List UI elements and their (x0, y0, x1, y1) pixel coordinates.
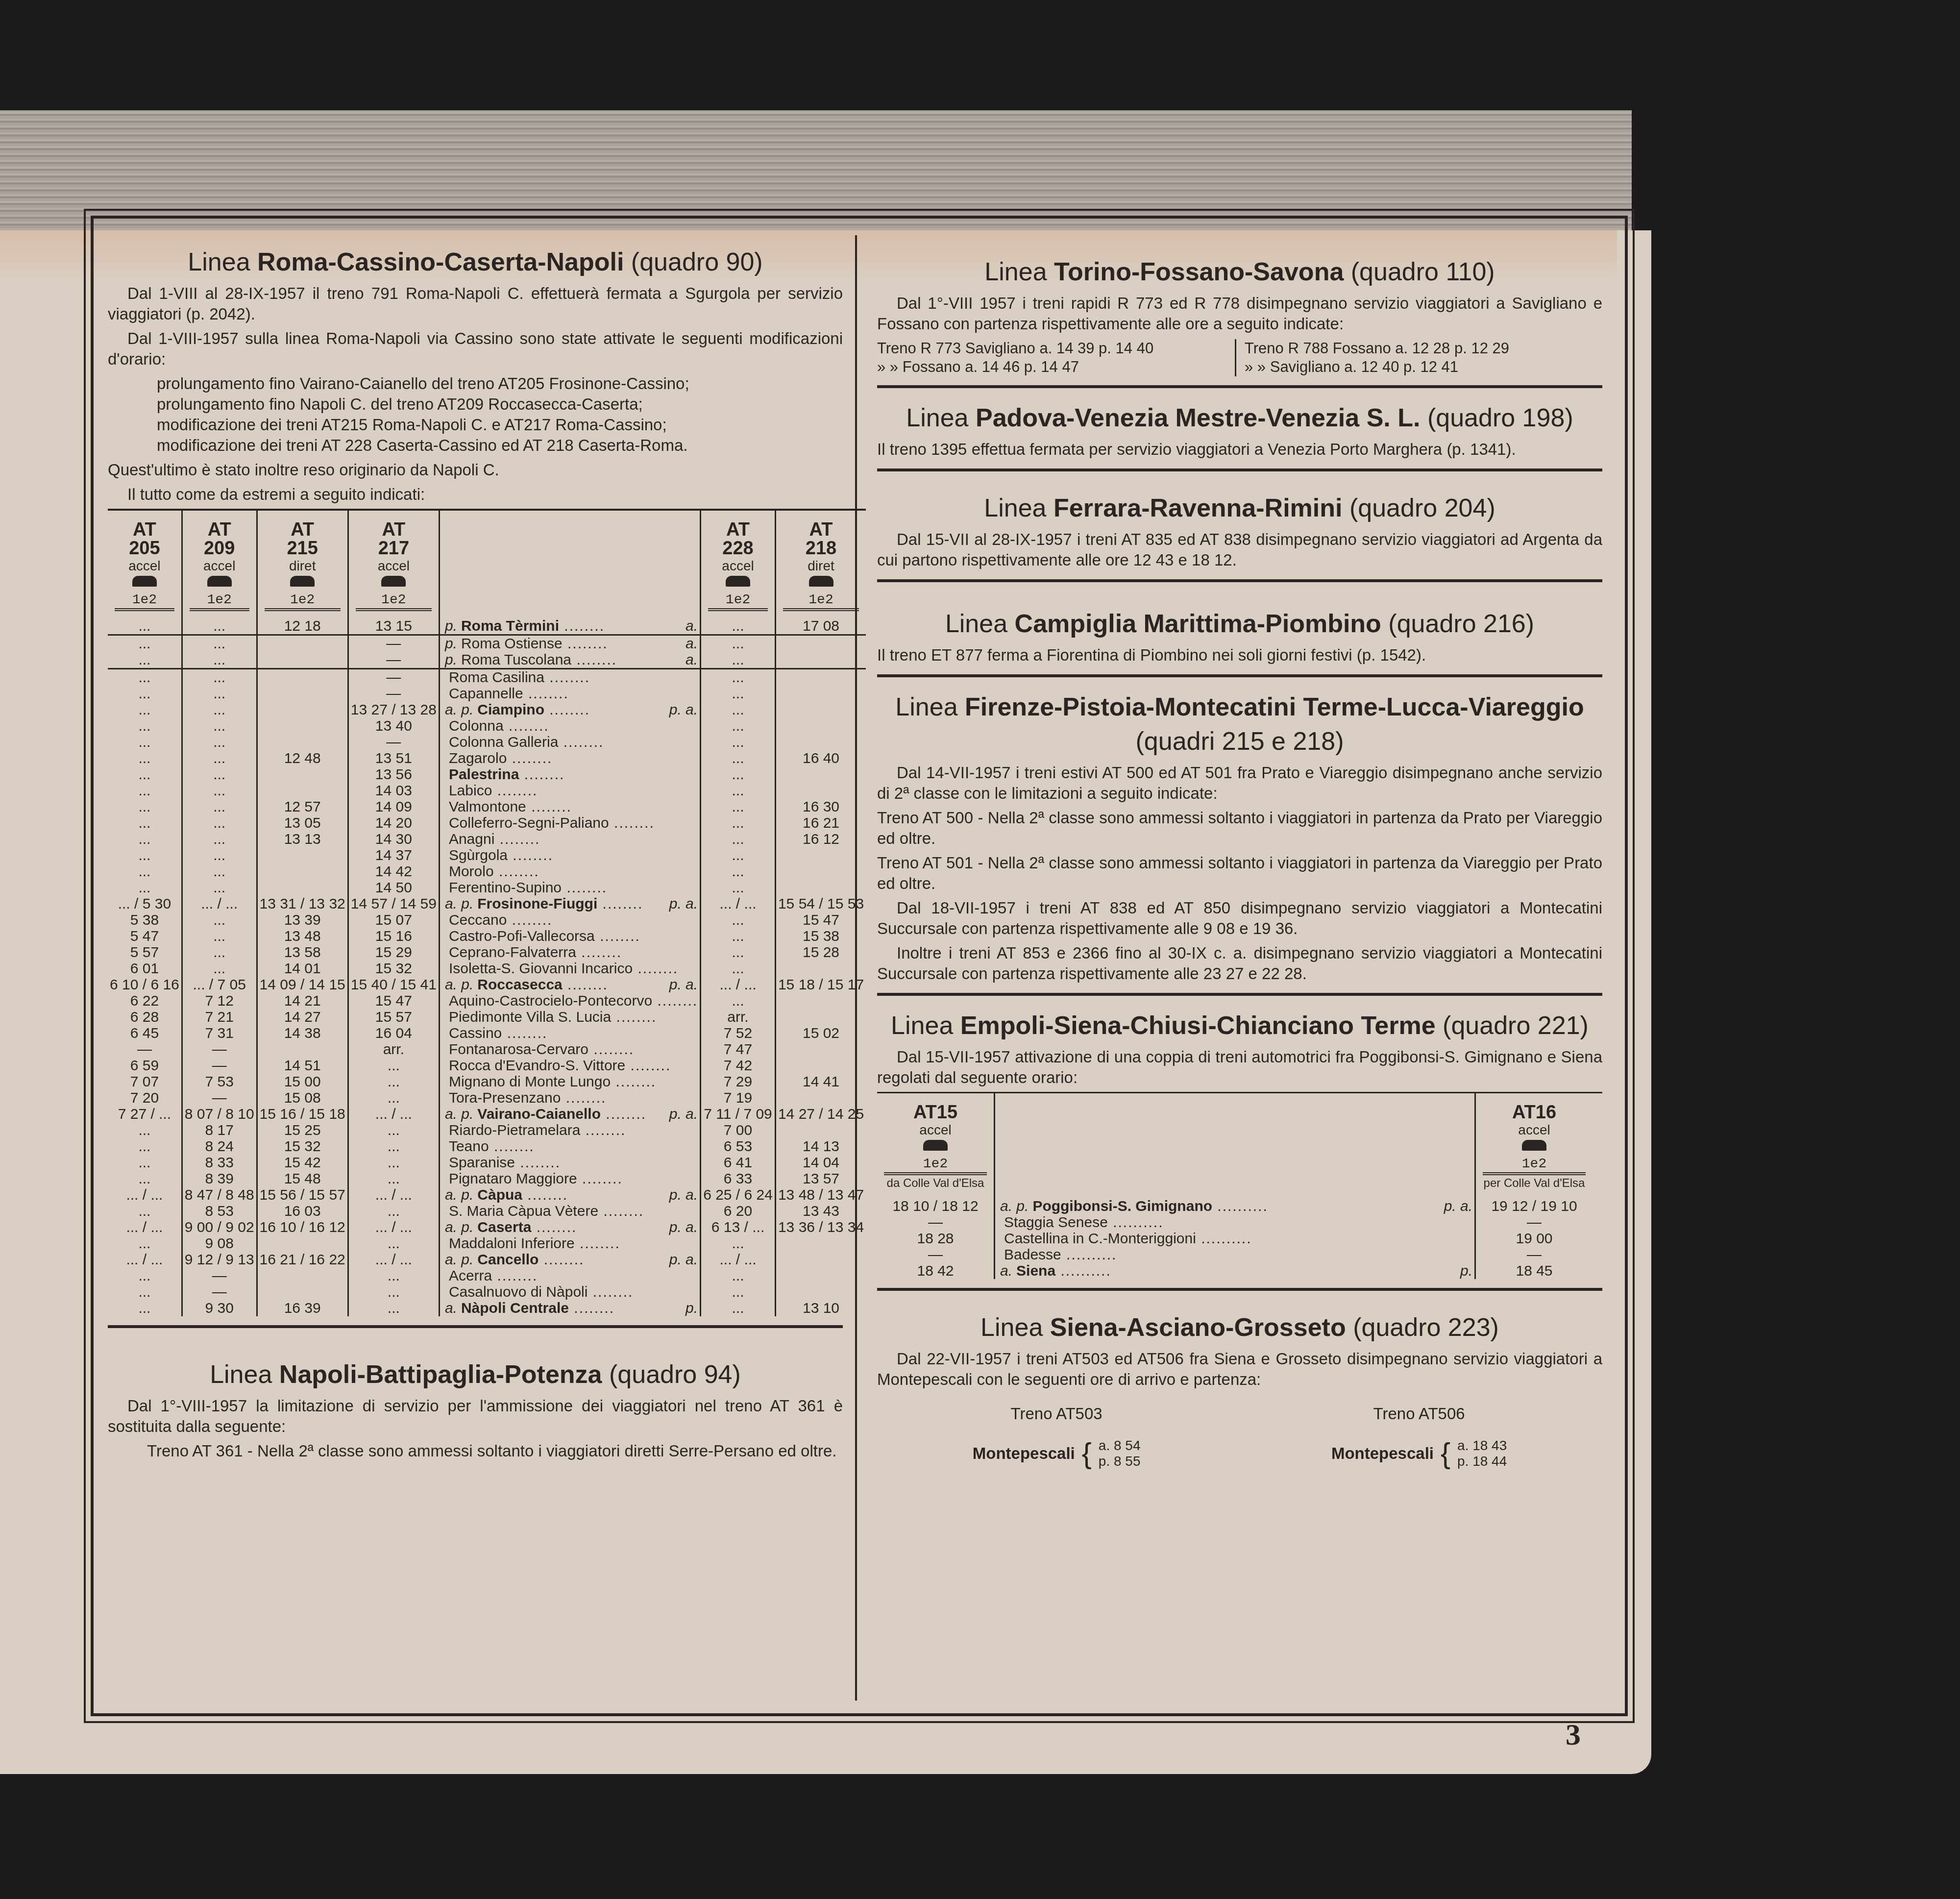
title-prefix: Linea (891, 1011, 953, 1040)
time-cell: 13 51 (348, 750, 439, 766)
railcar-icon (809, 576, 833, 587)
leader-dots: ........ (569, 1300, 614, 1316)
leader-dots: ........ (507, 912, 552, 928)
arrive-depart-mark: p. a. (669, 1252, 698, 1268)
arrive-depart-mark: p. (686, 1300, 698, 1316)
table-row: ......12 4813 51Zagarolo ...........16 4… (108, 750, 866, 766)
paragraph: Dal 1-VIII al 28-IX-1957 il treno 791 Ro… (108, 283, 843, 324)
time-row: » » Fossano a. 14 46 p. 14 47 (877, 358, 1235, 376)
time-cell: 15 47 (775, 912, 866, 928)
station-name: Nàpoli Centrale (461, 1300, 569, 1316)
time-cell: ... (108, 1138, 182, 1155)
arrive-depart-mark: a. (686, 618, 698, 634)
table-row: 5 38...13 3915 07Ceccano ...........15 4… (108, 912, 866, 928)
time-cell: ... (108, 1300, 182, 1316)
station-cell: Labico ........ (439, 783, 700, 799)
title-prefix: Linea (945, 610, 1007, 638)
time-cell: ... (182, 669, 257, 686)
time-cell: 16 30 (775, 799, 866, 815)
leader-dots: ........ (577, 1171, 623, 1187)
station-cell: Staggia Senese .......... (995, 1214, 1475, 1231)
table-row: ...—...Casalnuovo di Nàpoli ........... (108, 1284, 866, 1300)
leader-dots: ........ (544, 669, 590, 686)
time-cell: 7 20 (108, 1090, 182, 1106)
leader-dots: ........ (601, 1106, 646, 1122)
title-prefix: Linea (906, 404, 968, 432)
station-name: Ceprano-Falvaterra (449, 944, 576, 961)
train-prefix: AT (351, 520, 437, 539)
time-cell: ... (701, 880, 776, 896)
station-name: Staggia Senese (1004, 1214, 1108, 1231)
station-name: Colonna (449, 718, 504, 734)
station-name: Cassino (449, 1025, 502, 1041)
time-cell: 14 42 (348, 863, 439, 880)
line-name: Siena-Asciano-Grosseto (1050, 1313, 1346, 1342)
table-row: 6 10 / 6 16... / 7 0514 09 / 14 1515 40 … (108, 977, 866, 993)
brace-icon: { (1441, 1444, 1450, 1463)
station-cell: Fontanarosa-Cervaro ........ (439, 1041, 700, 1058)
time-cell: ... (182, 799, 257, 815)
time-cell: ... (182, 783, 257, 799)
time-cell: — (1475, 1214, 1593, 1231)
time-cell: ... (701, 799, 776, 815)
time-cell (775, 961, 866, 977)
section-title: Linea Campiglia Marittima-Piombino (quad… (877, 607, 1602, 641)
time-cell: ... (108, 669, 182, 686)
time-cell: ... (182, 831, 257, 847)
table-row: ... / 5 30... / ...13 31 / 13 3214 57 / … (108, 896, 866, 912)
station-cell: Castro-Pofi-Vallecorsa ........ (439, 928, 700, 944)
table-row: 18 42a.Siena ..........p.18 45 (877, 1263, 1592, 1279)
time-cell (775, 1090, 866, 1106)
time-cell: ... (701, 766, 776, 783)
time-cell: ... (108, 734, 182, 750)
time-cell: 14 41 (775, 1074, 866, 1090)
table-row: 6 457 3114 3816 04Cassino ........7 5215… (108, 1025, 866, 1041)
table-row: ......13 56Palestrina ........... (108, 766, 866, 783)
leader-dots: ........ (526, 799, 572, 815)
time-cell: ... (701, 863, 776, 880)
time-cell: ... / ... (108, 1187, 182, 1203)
paragraph: Inoltre i treni AT 853 e 2366 fino al 30… (877, 943, 1602, 984)
time-cell: 13 58 (257, 944, 348, 961)
arrive-depart-mark: a. p. (445, 702, 473, 718)
section-rule (877, 469, 1602, 471)
station-cell: Zagarolo ........ (439, 750, 700, 766)
time-cell: 15 32 (257, 1138, 348, 1155)
paragraph: Quest'ultimo è stato inoltre reso origin… (108, 460, 843, 480)
time-cell: 7 11 / 7 09 (701, 1106, 776, 1122)
section-title: Linea Empoli-Siena-Chiusi-Chianciano Ter… (877, 1009, 1602, 1043)
station-name: Ferentino-Supino (449, 880, 562, 896)
time-cell (257, 635, 348, 652)
time-cell: 7 31 (182, 1025, 257, 1041)
table-row: ... / ...8 47 / 8 4815 56 / 15 57... / .… (108, 1187, 866, 1203)
leader-dots: ........ (588, 1284, 633, 1300)
time-cell: 16 03 (257, 1203, 348, 1219)
train-class: 1e2 (190, 592, 249, 611)
brace-icon: { (1082, 1444, 1092, 1463)
time-cell: ... / ... (348, 1106, 439, 1122)
station-cell: Piedimonte Villa S. Lucia ........ (439, 1009, 700, 1025)
time-cell: 13 05 (257, 815, 348, 831)
station-cell: Maddaloni Inferiore ........ (439, 1235, 700, 1252)
station-cell: Ferentino-Supino ........ (439, 880, 700, 896)
time-cell: 15 38 (775, 928, 866, 944)
station-name: Poggibonsi-S. Gimignano (1032, 1198, 1212, 1214)
station-name: Palestrina (449, 766, 519, 783)
paragraph: Dal 1°-VIII-1957 la limitazione di servi… (108, 1396, 843, 1437)
arrive-depart-mark: a. p. (445, 896, 473, 912)
train-type: diret (778, 558, 864, 574)
time-cell: 6 45 (108, 1025, 182, 1041)
paragraph: Treno AT 501 - Nella 2ª classe sono amme… (877, 853, 1602, 894)
section-rule (877, 993, 1602, 996)
table-row: ...9 08...Maddaloni Inferiore ..........… (108, 1235, 866, 1252)
leader-dots: ........ (597, 896, 643, 912)
train-class: 1e2 (783, 592, 859, 611)
train-class: 1e2 (115, 592, 174, 611)
time-cell: ... (108, 1122, 182, 1138)
table-row: ... / ...9 12 / 9 1316 21 / 16 22... / .… (108, 1252, 866, 1268)
table-row: ......—p.Roma Ostiense ........a.... (108, 635, 866, 652)
time-cell: ... (108, 718, 182, 734)
station-cell: p.Roma Tuscolana ........a. (439, 652, 700, 669)
paragraph: Dal 18-VII-1957 i treni AT 838 ed AT 850… (877, 898, 1602, 939)
station-cell: Valmontone ........ (439, 799, 700, 815)
leader-dots: ........ (633, 961, 678, 977)
leader-dots: ........ (539, 1252, 584, 1268)
time-cell: ... / ... (701, 1252, 776, 1268)
time-cell: 18 42 (877, 1263, 995, 1279)
quadro-ref: (quadro 204) (1349, 494, 1495, 522)
time-cell: 15 42 (257, 1155, 348, 1171)
time-cell: — (877, 1247, 995, 1263)
section-campiglia-piombino: Linea Campiglia Marittima-Piombino (quad… (877, 607, 1602, 677)
leader-dots: ........ (492, 1268, 538, 1284)
train-number: AT15 (879, 1103, 992, 1122)
station-name: Sparanise (449, 1155, 515, 1171)
time-cell: 6 13 / ... (701, 1219, 776, 1235)
time-cell: 12 18 (257, 618, 348, 635)
divider (1235, 339, 1245, 376)
time-cell: — (348, 686, 439, 702)
time-cell (257, 880, 348, 896)
leader-dots: ........ (559, 618, 605, 634)
time-cell: ... (108, 847, 182, 863)
leader-dots: ........ (494, 831, 540, 847)
time-cell: 8 39 (182, 1171, 257, 1187)
time-cell: 14 09 / 14 15 (257, 977, 348, 993)
table-row: 6 227 1214 2115 47Aquino-Castrocielo-Pon… (108, 993, 866, 1009)
station-name: Teano (449, 1138, 489, 1155)
station-cell: a. p.Càpua ........p. a. (439, 1187, 700, 1203)
time-cell: 13 43 (775, 1203, 866, 1219)
quadro-ref: (quadro 94) (609, 1360, 741, 1389)
station-name: Roma Ostiense (461, 636, 563, 652)
paragraph: Dal 14-VII-1957 i treni estivi AT 500 ed… (877, 763, 1602, 804)
table-row: ......—Capannelle ........... (108, 686, 866, 702)
table-row: 5 57...13 5815 29Ceprano-Falvaterra ....… (108, 944, 866, 961)
station-name: Rocca d'Evandro-S. Vittore (449, 1058, 625, 1074)
section-rule (108, 1325, 843, 1328)
paragraph: Dal 22-VII-1957 i treni AT503 ed AT506 f… (877, 1349, 1602, 1390)
leader-dots: ........ (611, 1074, 656, 1090)
time-cell: ... / ... (348, 1187, 439, 1203)
table-row: ......14 37Sgùrgola ........... (108, 847, 866, 863)
train-type: accel (351, 558, 437, 574)
table-row: —Staggia Senese ..........— (877, 1214, 1592, 1231)
station-name: Casalnuovo di Nàpoli (449, 1284, 588, 1300)
railcar-icon (132, 576, 157, 587)
paragraph: Il treno ET 877 ferma a Fiorentina di Pi… (877, 645, 1602, 666)
time-cell: ... / ... (182, 896, 257, 912)
time-cell: 6 28 (108, 1009, 182, 1025)
time-cell (775, 1284, 866, 1300)
train-prefix: AT (778, 520, 864, 539)
quadro-ref: (quadro 110) (1351, 258, 1495, 286)
station-cell: Mignano di Monte Lungo ........ (439, 1074, 700, 1090)
table-row: ......14 42Morolo ........... (108, 863, 866, 880)
leader-dots: ........ (515, 1155, 561, 1171)
table-row: ...8 2415 32...Teano ........6 5314 13 (108, 1138, 866, 1155)
train-header-228: AT228accel1e2 (701, 510, 776, 618)
station-name: Riardo-Pietramelara (449, 1122, 580, 1138)
time-cell: ... (701, 1235, 776, 1252)
time-cell: ... / ... (348, 1219, 439, 1235)
time-cell (775, 880, 866, 896)
table-row: 6 287 2114 2715 57Piedimonte Villa S. Lu… (108, 1009, 866, 1025)
time-cell: ... (108, 1155, 182, 1171)
station-cell: a. p.Cancello ........p. a. (439, 1252, 700, 1268)
table-row: 6 01...14 0115 32Isoletta-S. Giovanni In… (108, 961, 866, 977)
time-cell: 15 02 (775, 1025, 866, 1041)
arrive-depart-mark: a. (445, 1300, 457, 1316)
timetable-roma-napoli: AT205accel1e2AT209accel1e2AT215diret1e2A… (108, 509, 866, 1316)
time-cell: 12 57 (257, 799, 348, 815)
time-cell: ... (701, 669, 776, 686)
section-rule (877, 674, 1602, 677)
station-name: Pignataro Maggiore (449, 1171, 577, 1187)
arrival-time: a. 18 43 (1457, 1438, 1507, 1454)
line-name: Ferrara-Ravenna-Rimini (1053, 494, 1343, 522)
train-prefix: AT (110, 520, 179, 539)
time-cell (257, 669, 348, 686)
time-cell: 13 48 / 13 47 (775, 1187, 866, 1203)
time-cell: 5 57 (108, 944, 182, 961)
section-title: Linea Firenze-Pistoia-Montecatini Terme-… (877, 690, 1602, 759)
paragraph: Il treno 1395 effettua fermata per servi… (877, 439, 1602, 460)
leader-dots: ........ (598, 1203, 644, 1219)
time-cell (775, 635, 866, 652)
section-firenze-viareggio: Linea Firenze-Pistoia-Montecatini Terme-… (877, 690, 1602, 996)
time-cell: 7 52 (701, 1025, 776, 1041)
arrive-depart-mark: p. a. (669, 977, 698, 993)
time-cell: ... (108, 1171, 182, 1187)
leader-dots: ........ (561, 1090, 606, 1106)
station-cell: Casalnuovo di Nàpoli ........ (439, 1284, 700, 1300)
time-cell: 16 04 (348, 1025, 439, 1041)
time-cell: ... (701, 783, 776, 799)
time-cell: 7 19 (701, 1090, 776, 1106)
time-cell: 6 25 / 6 24 (701, 1187, 776, 1203)
time-cell: 8 53 (182, 1203, 257, 1219)
station-cell: a. p.Ciampino ........p. a. (439, 702, 700, 718)
leader-dots: ........ (609, 815, 655, 831)
leader-dots: ........ (588, 1041, 634, 1058)
time-cell: ... (348, 1268, 439, 1284)
station-cell: Badesse .......... (995, 1247, 1475, 1263)
train-origin: per Colle Val d'Elsa (1478, 1175, 1591, 1191)
time-cell: ... (348, 1284, 439, 1300)
station-name: Roccasecca (477, 977, 562, 993)
leader-dots: ........ (576, 944, 622, 961)
list-item: modificazione dei treni AT215 Roma-Napol… (157, 415, 843, 435)
time-cell (775, 686, 866, 702)
section-title: Linea Roma-Cassino-Caserta-Napoli (quadr… (108, 245, 843, 279)
table-row: ... / ...9 00 / 9 0216 10 / 16 12... / .… (108, 1219, 866, 1235)
arrive-depart-mark: a. (686, 652, 698, 668)
time-cell: arr. (701, 1009, 776, 1025)
time-cell: ... (701, 831, 776, 847)
time-cell: ... (348, 1203, 439, 1219)
time-cell: 15 18 / 15 17 (775, 977, 866, 993)
station-cell: Roma Casilina ........ (439, 669, 700, 686)
station-name: Roma Tuscolana (461, 652, 571, 668)
station-cell: Teano ........ (439, 1138, 700, 1155)
table-row: ...8 1715 25...Riardo-Pietramelara .....… (108, 1122, 866, 1138)
time-cell: 14 04 (775, 1155, 866, 1171)
quadro-ref: (quadro 90) (631, 248, 763, 276)
station-cell: a. p.Roccasecca ........p. a. (439, 977, 700, 993)
time-cell: 14 57 / 14 59 (348, 896, 439, 912)
leader-dots: .......... (1055, 1263, 1111, 1279)
time-cell: 13 15 (348, 618, 439, 635)
arrive-depart-mark: p. a. (669, 702, 698, 718)
time-cell: 15 47 (348, 993, 439, 1009)
time-cell (775, 847, 866, 863)
time-cell: ... (108, 1284, 182, 1300)
time-cell: 18 28 (877, 1231, 995, 1247)
time-cell: 15 40 / 15 41 (348, 977, 439, 993)
train-header-217: AT217accel1e2 (348, 510, 439, 618)
arrival-time: a. 8 54 (1099, 1438, 1141, 1454)
timetable-poggibonsi-siena: AT15 accel 1e2 da Colle Val d'Elsa AT16 … (877, 1093, 1592, 1279)
departure-time: p. 8 55 (1099, 1454, 1141, 1469)
time-cell (775, 1009, 866, 1025)
section-rule (877, 385, 1602, 388)
train-number: 228 (703, 539, 773, 558)
arrive-depart-mark: a. p. (445, 1187, 473, 1203)
station-cell: Palestrina ........ (439, 766, 700, 783)
time-cell: ... (348, 1171, 439, 1187)
arrive-depart-mark: p. (1460, 1263, 1472, 1279)
table-row: ......12 1813 15p.Roma Tèrmini ........a… (108, 618, 866, 635)
time-cell: ... (182, 702, 257, 718)
station-name: Càpua (477, 1187, 522, 1203)
time-cell: ... (182, 912, 257, 928)
time-cell: ... (701, 734, 776, 750)
railcar-icon (290, 576, 315, 587)
section-empoli-chianciano: Linea Empoli-Siena-Chiusi-Chianciano Ter… (877, 1009, 1602, 1291)
table-row: ......14 03Labico ........... (108, 783, 866, 799)
time-cell: ... (182, 750, 257, 766)
leader-dots: ........ (489, 1138, 535, 1155)
right-column: Linea Torino-Fossano-Savona (quadro 110)… (877, 255, 1602, 1469)
station-name: Caserta (477, 1219, 531, 1235)
train-type: diret (260, 558, 345, 574)
station-cell: Ceprano-Falvaterra ........ (439, 944, 700, 961)
leader-dots: ........ (595, 928, 640, 944)
station-cell: a. p.Frosinone-Fiuggi ........p. a. (439, 896, 700, 912)
line-name: Roma-Cassino-Caserta-Napoli (257, 248, 624, 276)
station-cell: Morolo ........ (439, 863, 700, 880)
time-row: Treno R 788 Fossano a. 12 28 p. 12 29 (1245, 339, 1602, 358)
time-cell: 16 21 (775, 815, 866, 831)
station-cell: Aquino-Castrocielo-Pontecorvo ........ (439, 993, 700, 1009)
time-cell: 15 25 (257, 1122, 348, 1138)
station-cell: Sgùrgola ........ (439, 847, 700, 863)
line-name: Napoli-Battipaglia-Potenza (279, 1360, 602, 1389)
time-cell: 13 36 / 13 34 (775, 1219, 866, 1235)
left-column: Linea Roma-Cassino-Caserta-Napoli (quadr… (108, 245, 843, 1465)
time-cell (257, 847, 348, 863)
station-cell: Cassino ........ (439, 1025, 700, 1041)
station-name: Montepescali (1331, 1444, 1434, 1463)
station-name: Capannelle (449, 686, 523, 702)
station-name: Cancello (477, 1252, 539, 1268)
table-row: ......13 40Colonna ........... (108, 718, 866, 734)
time-cell: 8 33 (182, 1155, 257, 1171)
train-number: 218 (778, 539, 864, 558)
time-cell: 15 57 (348, 1009, 439, 1025)
time-cell: ... (701, 847, 776, 863)
time-cell: ... (701, 702, 776, 718)
table-row: ...9 3016 39...a.Nàpoli Centrale .......… (108, 1300, 866, 1316)
time-cell: 15 00 (257, 1074, 348, 1090)
time-cell: 16 40 (775, 750, 866, 766)
time-cell: ... (182, 880, 257, 896)
table-row: —Badesse ..........— (877, 1247, 1592, 1263)
time-cell: ... (701, 652, 776, 669)
table-row: ......14 50Ferentino-Supino ........... (108, 880, 866, 896)
arrive-depart-mark: p. a. (669, 1187, 698, 1203)
title-prefix: Linea (984, 494, 1046, 522)
paragraph: Treno AT 500 - Nella 2ª classe sono amme… (877, 808, 1602, 849)
time-cell: 13 40 (348, 718, 439, 734)
train-number: 217 (351, 539, 437, 558)
station-name: Morolo (449, 863, 494, 880)
station-cell: Colleferro-Segni-Paliano ........ (439, 815, 700, 831)
line-name: Empoli-Siena-Chiusi-Chianciano Terme (960, 1011, 1436, 1040)
quadro-ref: (quadri 215 e 218) (1136, 727, 1344, 756)
section-rule (877, 579, 1602, 582)
leader-dots: ........ (492, 783, 538, 799)
time-cell: 13 56 (348, 766, 439, 783)
time-cell: 8 07 / 8 10 (182, 1106, 257, 1122)
table-row: ...—...Acerra ........... (108, 1268, 866, 1284)
time-cell: 16 21 / 16 22 (257, 1252, 348, 1268)
station-cell: Castellina in C.-Monteriggioni .........… (995, 1231, 1475, 1247)
time-cell: ... (182, 944, 257, 961)
train-prefix: AT (185, 520, 254, 539)
time-cell: ... (348, 1074, 439, 1090)
at503-times: Treno AT503 Montepescali { a. 8 54 p. 8 … (973, 1405, 1141, 1469)
time-cell: 8 47 / 8 48 (182, 1187, 257, 1203)
time-cell: 16 39 (257, 1300, 348, 1316)
time-cell: 7 27 / ... (108, 1106, 182, 1122)
leader-dots: ........ (563, 636, 608, 652)
